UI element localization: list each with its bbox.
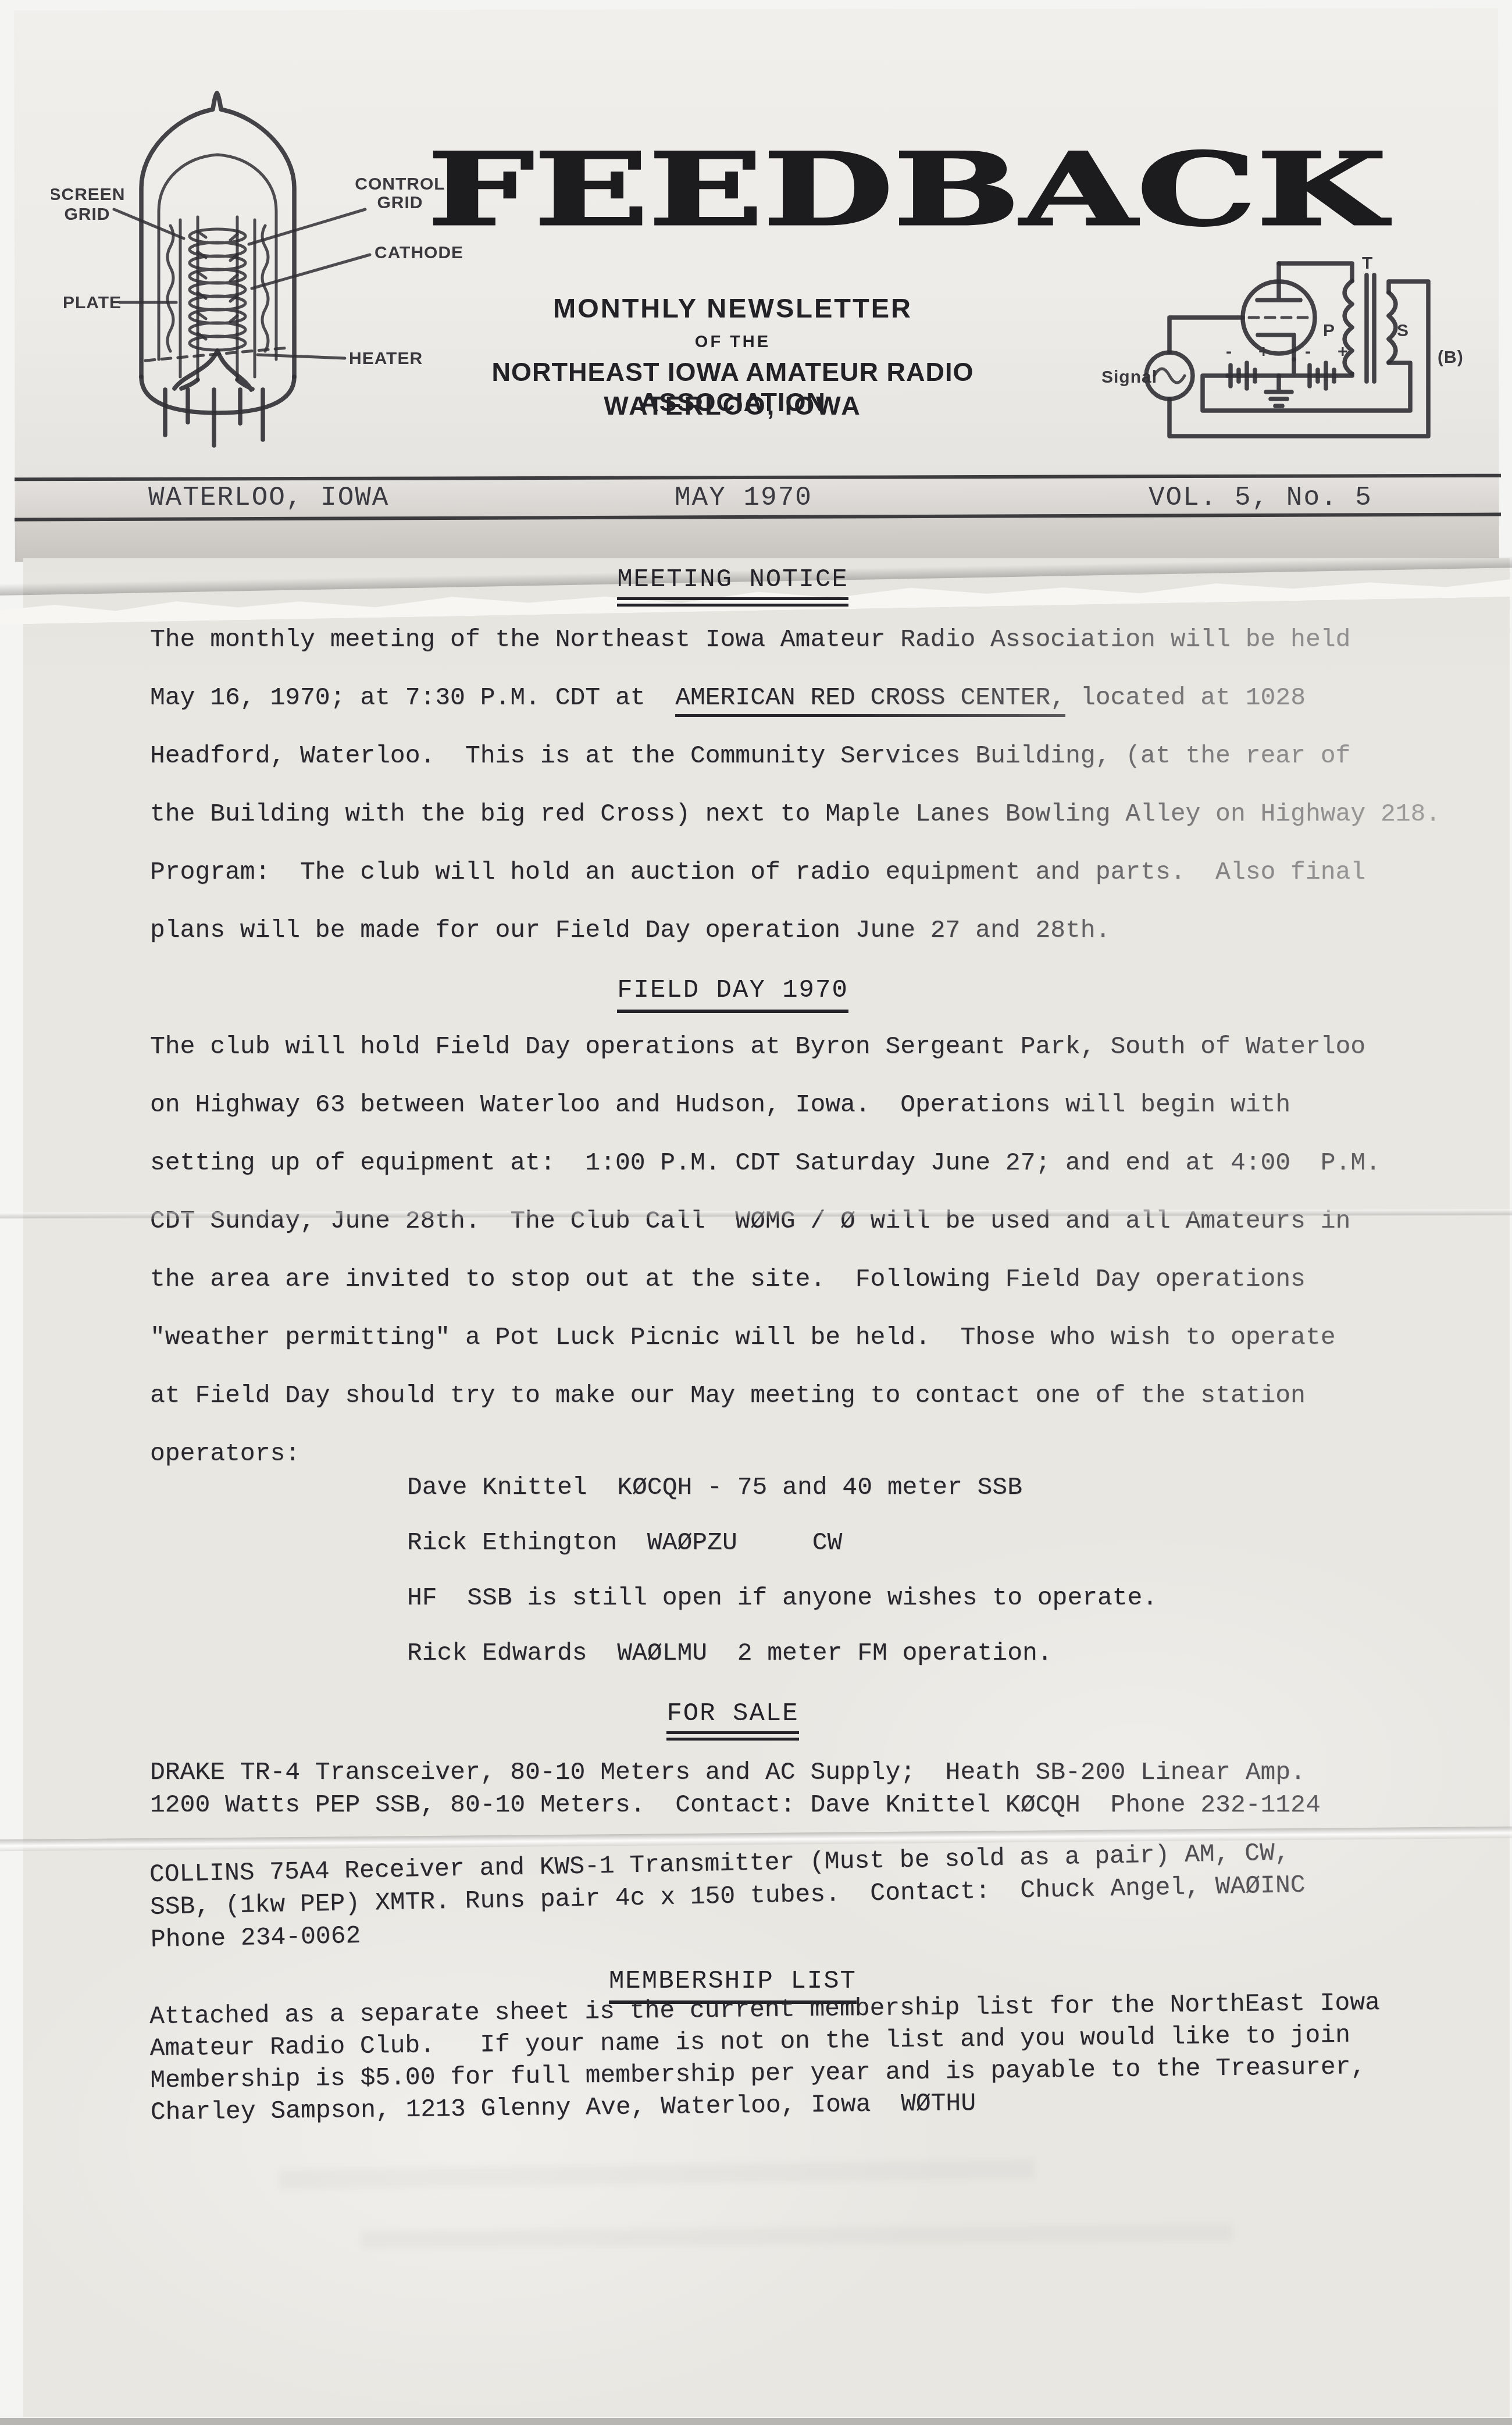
tube-label-screen-grid-1: SCREEN (51, 185, 126, 204)
operator-item: Rick Edwards WAØLMU 2 meter FM operation… (407, 1625, 1512, 1681)
dateline-place: WATERLOO, IOWA (148, 483, 389, 513)
section-for-sale: FOR SALE (0, 1699, 1465, 1741)
field-day-paragraph: The club will hold Field Day operations … (150, 1018, 1464, 1483)
field-day-heading: FIELD DAY 1970 (617, 976, 848, 1013)
for-sale-heading: FOR SALE (666, 1699, 798, 1741)
tube-label-screen-grid-2: GRID (65, 205, 110, 224)
circuit-label-plus2: + (1338, 342, 1349, 361)
circuit-label-minus2: - (1305, 342, 1311, 361)
tube-label-cathode: CATHODE (375, 243, 463, 262)
tube-label-heater: HEATER (349, 349, 423, 368)
text-segment: May 16, 1970; at 7:30 P.M. CDT at (150, 683, 675, 712)
for-sale-item-drake: DRAKE TR-4 Transceiver, 80-10 Meters and… (150, 1756, 1464, 1821)
amplifier-circuit-diagram: Signal T P S (1093, 249, 1506, 456)
vacuum-tube-diagram: SCREEN GRID CONTROL GRID CATHODE PLATE H… (51, 86, 470, 470)
tube-label-control-grid-2: GRID (377, 193, 423, 212)
tube-label-control-grid-1: CONTROL (355, 174, 445, 194)
circuit-label-b: (B) (1438, 348, 1464, 367)
meeting-notice-heading: MEETING NOTICE (617, 565, 848, 607)
circuit-label-t: T (1362, 254, 1373, 273)
text-line: the Building with the big red Cross) nex… (150, 785, 1464, 843)
text-line: DRAKE TR-4 Transceiver, 80-10 Meters and… (150, 1756, 1464, 1789)
text-line: Program: The club will hold an auction o… (150, 843, 1464, 901)
text-line: May 16, 1970; at 7:30 P.M. CDT at AMERIC… (150, 669, 1464, 727)
operator-item: Rick Ethington WAØPZU CW (407, 1515, 1512, 1570)
dateline-date: MAY 1970 (675, 483, 812, 513)
text-line: CDT Sunday, June 28th. The Club Call WØM… (150, 1192, 1464, 1250)
newsletter-title: FEEDBACK (426, 143, 1392, 243)
text-line: "weather permitting" a Pot Luck Picnic w… (150, 1308, 1464, 1367)
text-line: The club will hold Field Day operations … (150, 1018, 1464, 1076)
subtitle-of-the: OF THE (401, 333, 1064, 352)
subtitle-monthly-newsletter: MONTHLY NEWSLETTER (401, 292, 1064, 324)
scan-bottom-edge (0, 2418, 1512, 2425)
operator-item: HF SSB is still open if anyone wishes to… (407, 1570, 1512, 1625)
circuit-label-plus1: + (1258, 342, 1269, 361)
meeting-notice-paragraph: The monthly meeting of the Northeast Iow… (150, 611, 1464, 960)
dateline-volume: VOL. 5, No. 5 (1149, 483, 1372, 513)
title-text: FEEDBACK (427, 143, 1392, 243)
operator-item: Dave Knittel KØCQH - 75 and 40 meter SSB (407, 1460, 1512, 1515)
underlined-venue: AMERICAN RED CROSS CENTER, (675, 683, 1065, 717)
text-line: at Field Day should try to make our May … (150, 1367, 1464, 1425)
tube-label-plate: PLATE (63, 293, 122, 312)
circuit-label-minus1: - (1226, 342, 1232, 361)
circuit-label-s: S (1397, 321, 1409, 340)
section-meeting-notice: MEETING NOTICE (0, 565, 1465, 607)
text-line: 1200 Watts PEP SSB, 80-10 Meters. Contac… (150, 1789, 1464, 1821)
text-line: The monthly meeting of the Northeast Iow… (150, 611, 1464, 669)
subtitle-city: WATERLOO, IOWA (401, 391, 1064, 421)
newsletter-scan-page: FEEDBACK MONTHLY NEWSLETTER OF THE NORTH… (0, 0, 1512, 2425)
text-line: Headford, Waterloo. This is at the Commu… (150, 727, 1464, 785)
field-day-operator-list: Dave Knittel KØCQH - 75 and 40 meter SSB… (407, 1460, 1512, 1681)
text-line: the area are invited to stop out at the … (150, 1250, 1464, 1308)
text-line: setting up of equipment at: 1:00 P.M. CD… (150, 1134, 1464, 1192)
circuit-label-p: P (1323, 321, 1335, 340)
text-line: on Highway 63 between Waterloo and Hudso… (150, 1076, 1464, 1134)
text-segment: located at 1028 (1065, 683, 1306, 712)
section-field-day: FIELD DAY 1970 (0, 976, 1465, 1013)
text-line: plans will be made for our Field Day ope… (150, 901, 1464, 960)
membership-paragraph: Attached as a separate sheet is the curr… (149, 1985, 1465, 2128)
